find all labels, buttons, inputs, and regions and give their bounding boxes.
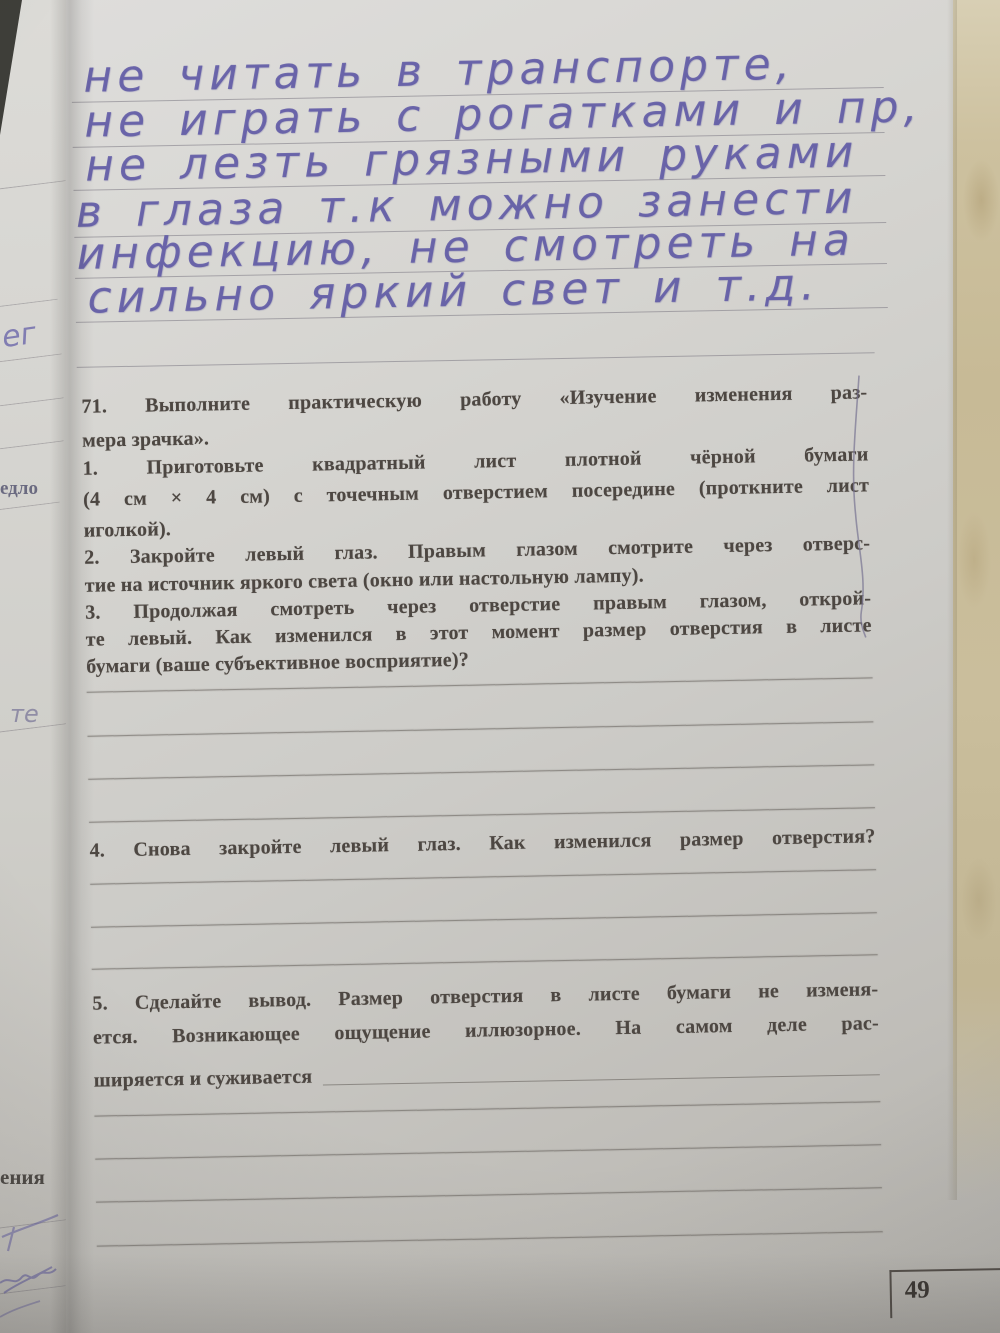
- exercise-fill-in-row: ширяется и суживается: [94, 1053, 880, 1093]
- answer-line: [96, 1187, 882, 1202]
- edge-ruled-line: [0, 180, 66, 190]
- answer-line: [95, 1144, 881, 1159]
- page-number: 49: [891, 1270, 1000, 1305]
- exercise-line: ется. Возникающее ощущение иллюзорное. Н…: [93, 1010, 879, 1050]
- notebook-page: не читать в транспорте, не играть с рога…: [66, 0, 1000, 1333]
- answer-line: [88, 764, 874, 779]
- answer-line: [87, 721, 873, 736]
- exercise-line: 4. Снова закройте левый глаз. Как измени…: [89, 823, 875, 863]
- notebook-photo: ег едло те ения не читать в транспорте, …: [0, 0, 1000, 1333]
- answer-line: [97, 1231, 883, 1246]
- edge-ruled-line: [0, 502, 60, 512]
- edge-ruled-line: [0, 299, 58, 309]
- edge-ruled-line: [0, 353, 62, 363]
- edge-ruled-line: [0, 440, 64, 450]
- margin-fragment-handwriting: ег: [0, 316, 38, 355]
- exercise-line: ширяется и суживается: [94, 1064, 313, 1094]
- margin-fragment-print: ения: [0, 1165, 45, 1190]
- edge-ruled-line: [0, 397, 64, 407]
- ruled-line: [77, 352, 875, 368]
- answer-line: [89, 807, 875, 822]
- margin-fragment-handwriting: те: [10, 700, 39, 728]
- answer-line: [92, 954, 878, 969]
- exercise-line: 71. Выполните практическую работу «Изуче…: [81, 379, 867, 419]
- answer-line: [90, 869, 876, 884]
- page-number-bracket: 49: [889, 1268, 1000, 1318]
- answer-line: [91, 912, 877, 927]
- margin-fragment-print: едло: [0, 478, 38, 500]
- fill-in-blank-line: [322, 1073, 879, 1085]
- answer-line: [87, 677, 873, 692]
- exercise-line: 5. Сделайте вывод. Размер отверстия в ли…: [92, 976, 878, 1016]
- pencil-margin-mark: [845, 373, 876, 639]
- answer-line: [94, 1101, 880, 1116]
